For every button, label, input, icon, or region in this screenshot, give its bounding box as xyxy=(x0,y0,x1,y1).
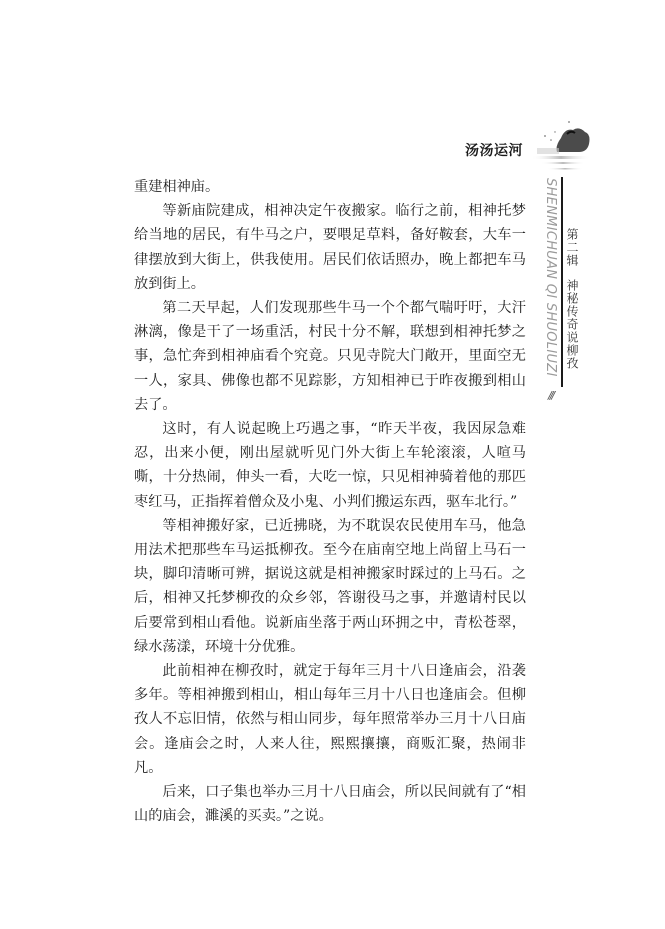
paragraph: 这时，有人说起晚上巧遇之事，“昨天半夜，我因尿急难忍，出来小便，刚出屋就听见门外… xyxy=(134,417,526,514)
book-title: 汤汤运河 xyxy=(465,140,523,160)
paragraph: 等相神搬好家，已近拂晓，为不耽误农民使用车马，他急用法术把那些车马运抵柳孜。至今… xyxy=(134,514,526,659)
paragraph: 此前相神在柳孜时，就定于每年三月十八日逢庙会，沿袭多年。等相神搬到相山，相山每年… xyxy=(134,659,526,780)
paragraph: 后来，口子集也举办三月十八日庙会，所以民间就有了“相山的庙会，濉溪的买卖。”之说… xyxy=(134,780,526,828)
series-label: 第二辑神秘传奇说柳孜 xyxy=(565,228,581,370)
page-mark: /// xyxy=(548,389,553,402)
paragraph: 第二天早起，人们发现那些牛马一个个都气喘吁吁，大汗淋漓，像是干了一场重活，村民十… xyxy=(134,296,526,417)
margin-divider-line xyxy=(561,177,563,387)
series-pinyin: SHENMICHUAN QI SHUOLIUZI xyxy=(538,178,558,378)
paragraph: 重建相神庙。 xyxy=(134,175,526,199)
paragraph: 等新庙院建成，相神决定午夜搬家。临行之前，相神托梦给当地的居民，有牛马之户，要喂… xyxy=(134,199,526,296)
series-name: 神秘传奇说柳孜 xyxy=(565,279,579,370)
body-text: 重建相神庙。 等新庙院建成，相神决定午夜搬家。临行之前，相神托梦给当地的居民，有… xyxy=(134,175,526,828)
series-volume: 第二辑 xyxy=(565,228,579,267)
ink-landscape-icon xyxy=(527,118,595,178)
